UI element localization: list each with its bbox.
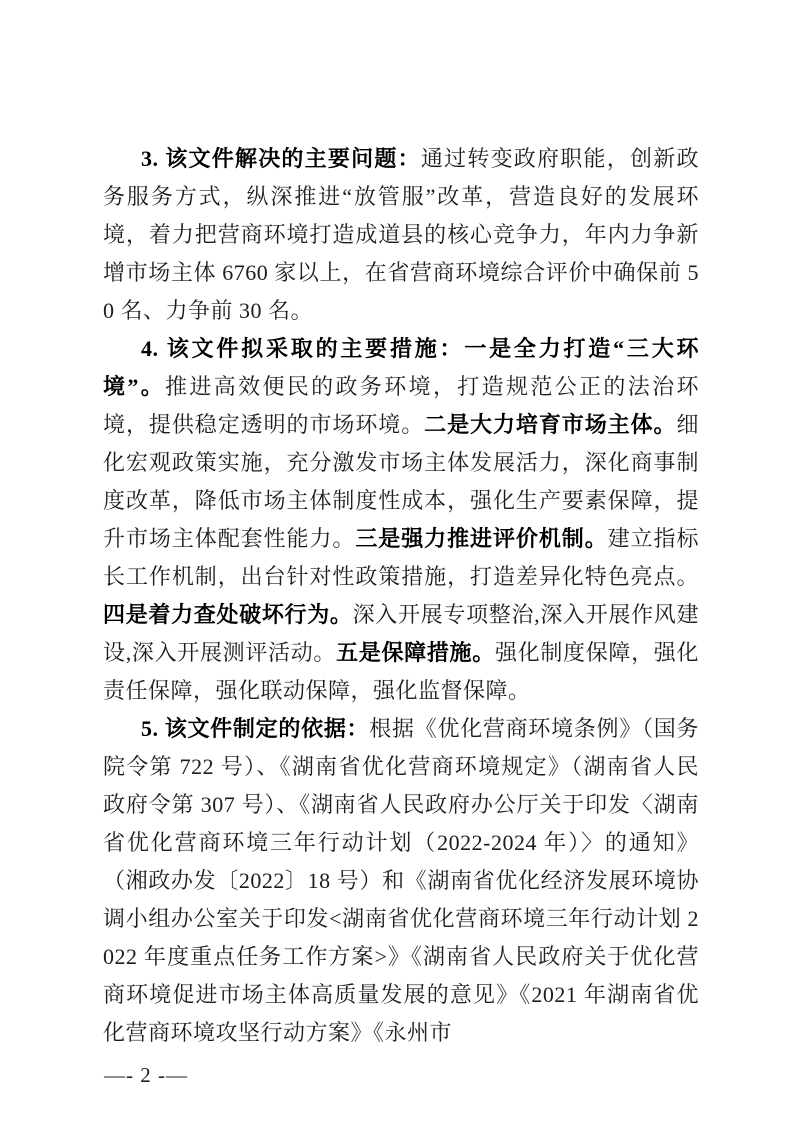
paragraph-item-4: 4. 该文件拟采取的主要措施：一是全力打造“三大环境”。推进高效便民的政务环境，…: [103, 330, 699, 710]
paragraph-item-5: 5. 该文件制定的依据：根据《优化营商环境条例》（国务院令第 722 号）、《湖…: [103, 710, 699, 1052]
paragraph-item-3: 3. 该文件解决的主要问题：通过转变政府职能，创新政务服务方式，纵深推进“放管服…: [103, 140, 699, 330]
text-run: 根据《优化营商环境条例》（国务院令第 722 号）、《湖南省优化营商环境规定》（…: [103, 716, 699, 1045]
document-page: 3. 该文件解决的主要问题：通过转变政府职能，创新政务服务方式，纵深推进“放管服…: [0, 0, 793, 1122]
text-run: 通过转变政府职能，创新政务服务方式，纵深推进“放管服”改革，营造良好的发展环境，…: [103, 146, 699, 323]
page-number: —- 2 -—: [104, 1060, 188, 1090]
measure-4-heading: 四是着力查处破坏行为。: [103, 602, 353, 627]
measure-5-heading: 五是保障措施。: [336, 640, 495, 665]
paragraph-3-heading: 3. 该文件解决的主要问题：: [141, 146, 421, 171]
measure-3-heading: 三是强力推进评价机制。: [355, 526, 607, 551]
paragraph-5-heading: 5. 该文件制定的依据：: [141, 716, 369, 741]
document-body: 3. 该文件解决的主要问题：通过转变政府职能，创新政务服务方式，纵深推进“放管服…: [103, 140, 699, 1052]
measure-2-heading: 二是大力培育市场主体。: [424, 412, 676, 437]
